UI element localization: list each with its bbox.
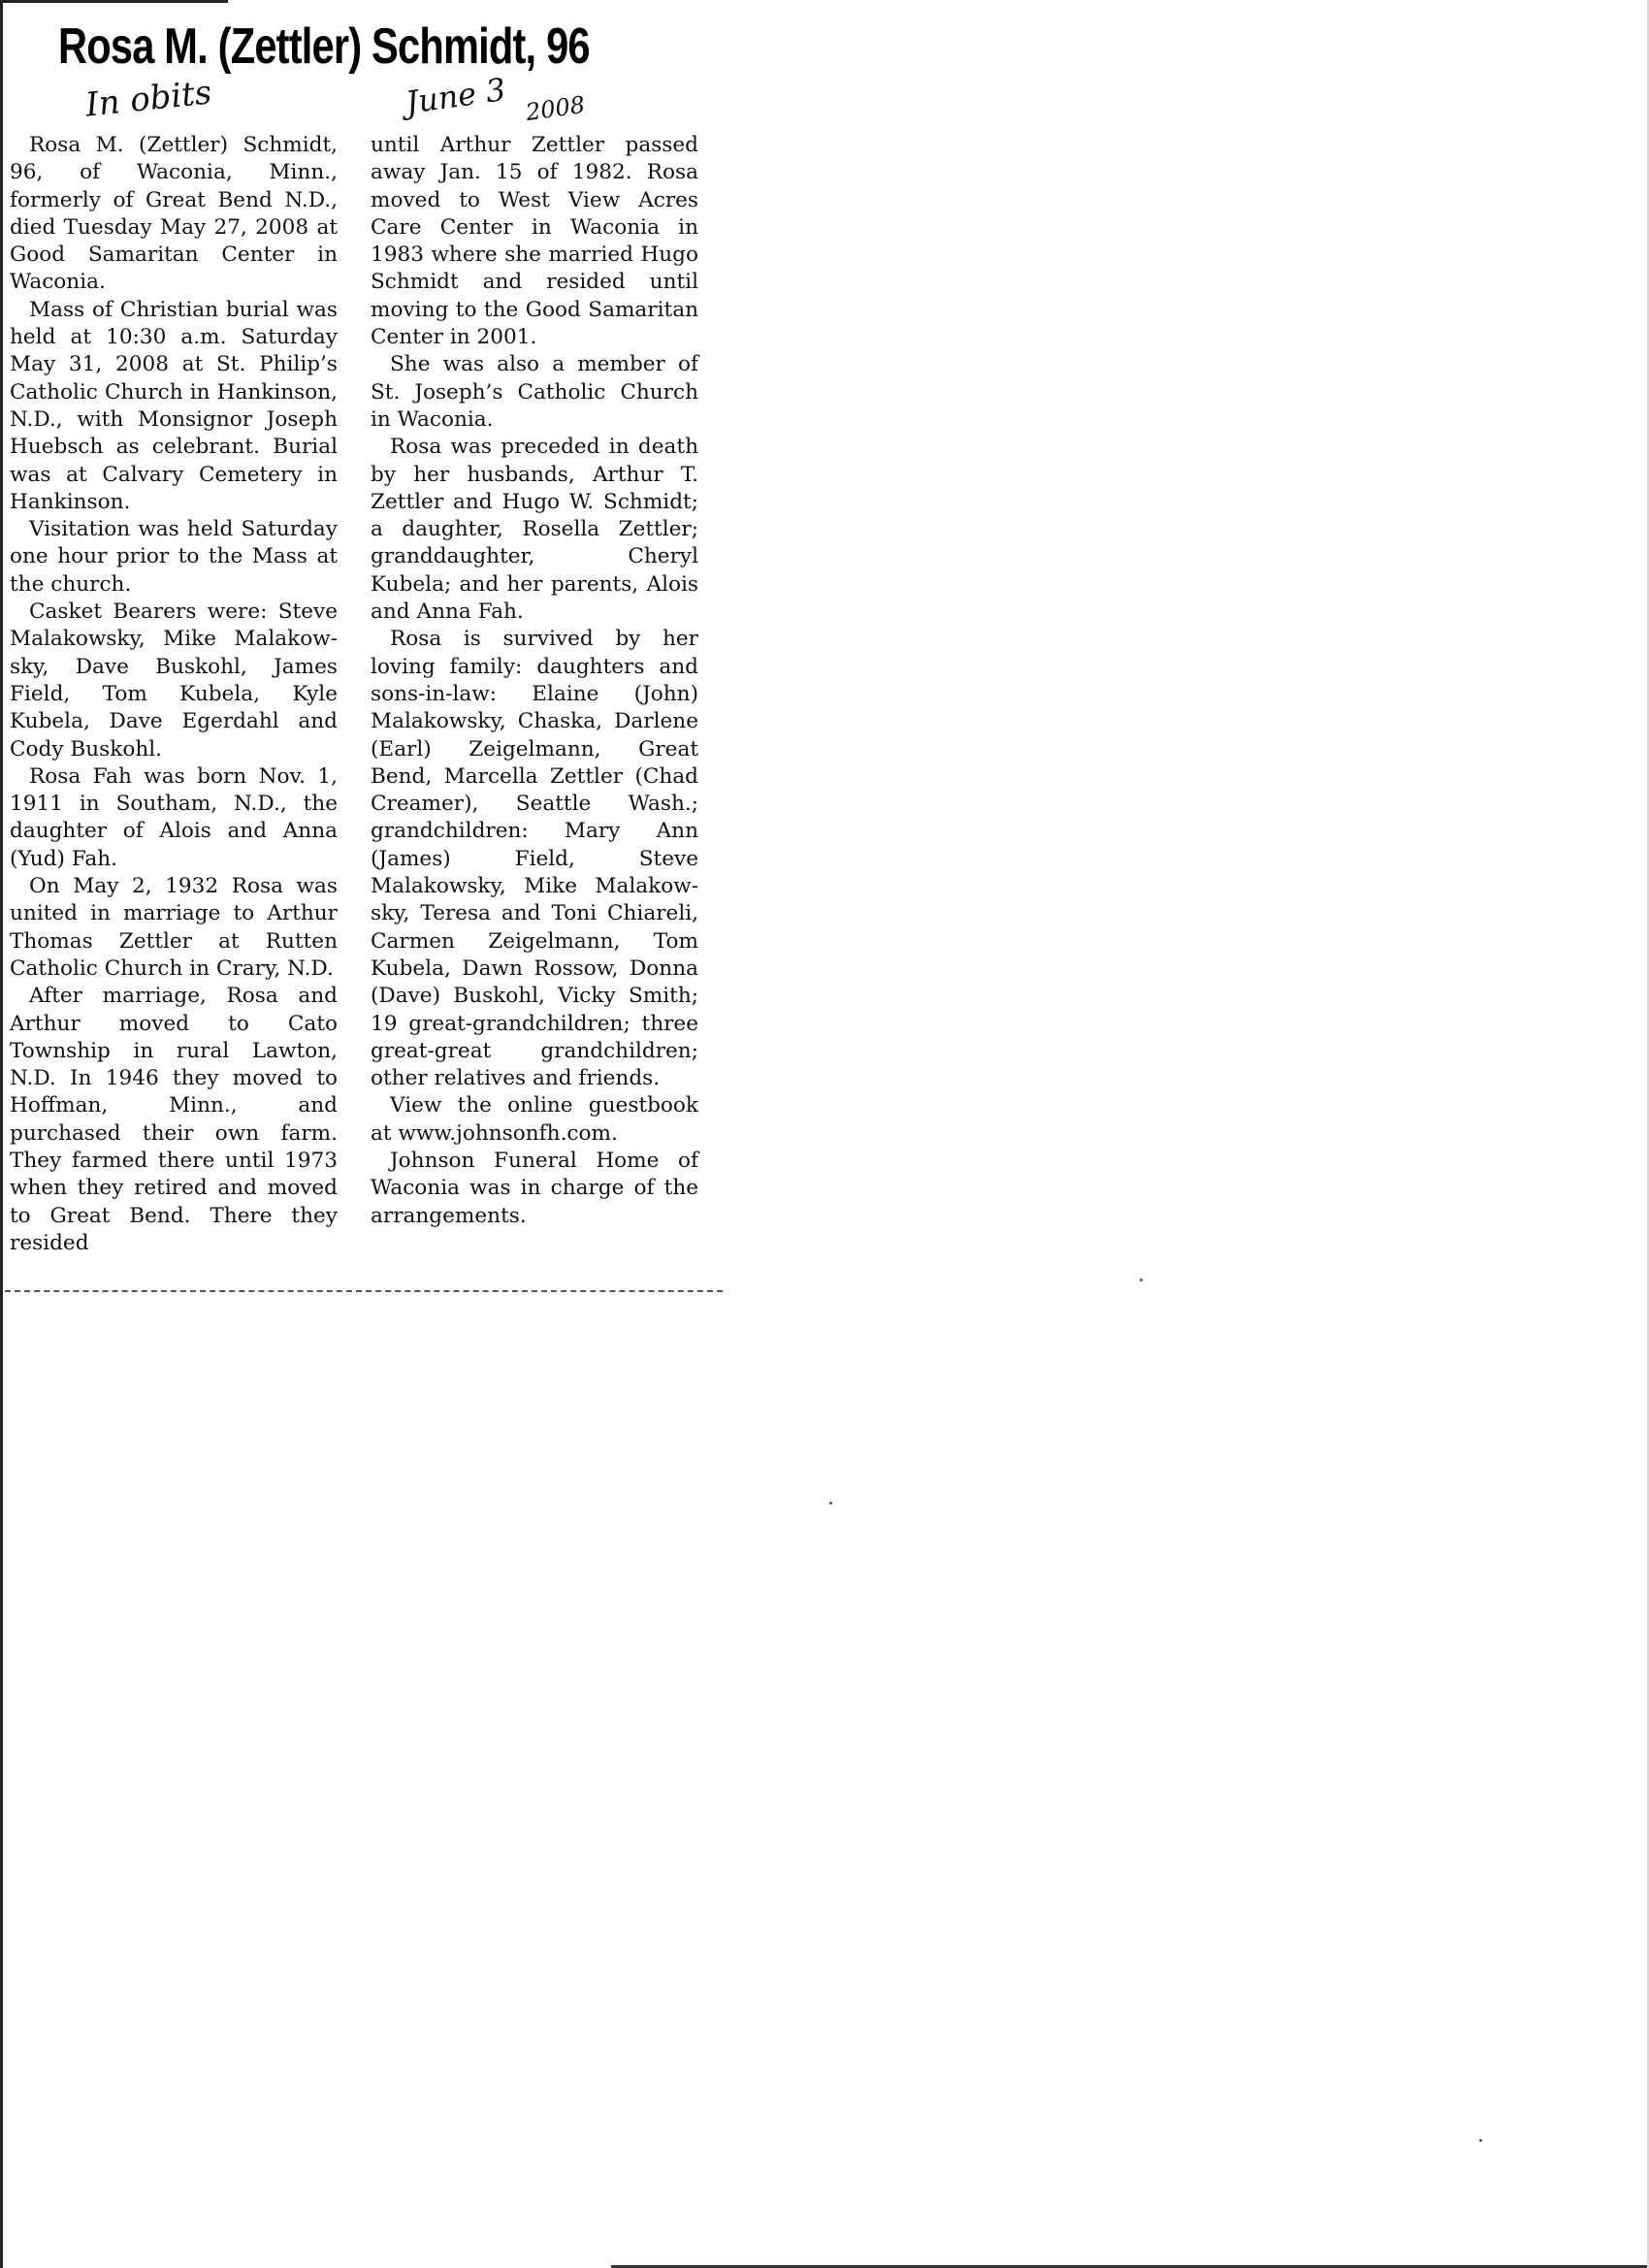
- obituary-headline: Rosa M. (Zettler) Schmidt, 96: [58, 17, 590, 76]
- paragraph-church-membership: She was also a member of St. Joseph’s Ca…: [371, 351, 698, 434]
- right-column: until Arthur Zettler passed away Jan. 15…: [371, 132, 698, 1230]
- scan-speck: [1140, 1279, 1143, 1281]
- paragraph-life-history: After marriage, Rosa and Arthur moved to…: [10, 983, 338, 1257]
- paragraph-casket-bearers: Casket Bearers were: Steve Malakowsky, M…: [10, 599, 338, 763]
- paragraph-visitation: Visitation was held Saturday one hour pr…: [10, 516, 338, 599]
- scan-speck: [1479, 2139, 1482, 2142]
- scan-speck: [829, 1502, 832, 1505]
- handwritten-note-date-year: 2008: [524, 91, 586, 126]
- paragraph-death-notice: Rosa M. (Zettler) Schmidt, 96, of Waconi…: [10, 132, 338, 297]
- paragraph-preceded-in-death: Rosa was preceded in death by her husban…: [371, 434, 698, 626]
- handwritten-note-date-month: June 3: [404, 71, 508, 121]
- paragraph-life-history-continued: until Arthur Zettler passed away Jan. 15…: [371, 132, 698, 351]
- obituary-clipping: Rosa M. (Zettler) Schmidt, 96 In obits J…: [0, 0, 723, 1300]
- paragraph-funeral-home: Johnson Funeral Home of Waconia was in c…: [371, 1148, 698, 1230]
- paragraph-survivors: Rosa is survived by her loving family: d…: [371, 626, 698, 1092]
- paragraph-marriage: On May 2, 1932 Rosa was united in marria…: [10, 873, 338, 983]
- paragraph-funeral-mass: Mass of Christian burial was held at 10:…: [10, 297, 338, 516]
- left-column: Rosa M. (Zettler) Schmidt, 96, of Waconi…: [10, 132, 338, 1257]
- handwritten-note-in-obits: In obits: [83, 73, 213, 124]
- paragraph-guestbook: View the online guestbook at www.johnson…: [371, 1092, 698, 1148]
- paragraph-birth: Rosa Fah was born Nov. 1, 1911 in Southa…: [10, 763, 338, 873]
- clipping-cut-line: [5, 1290, 723, 1292]
